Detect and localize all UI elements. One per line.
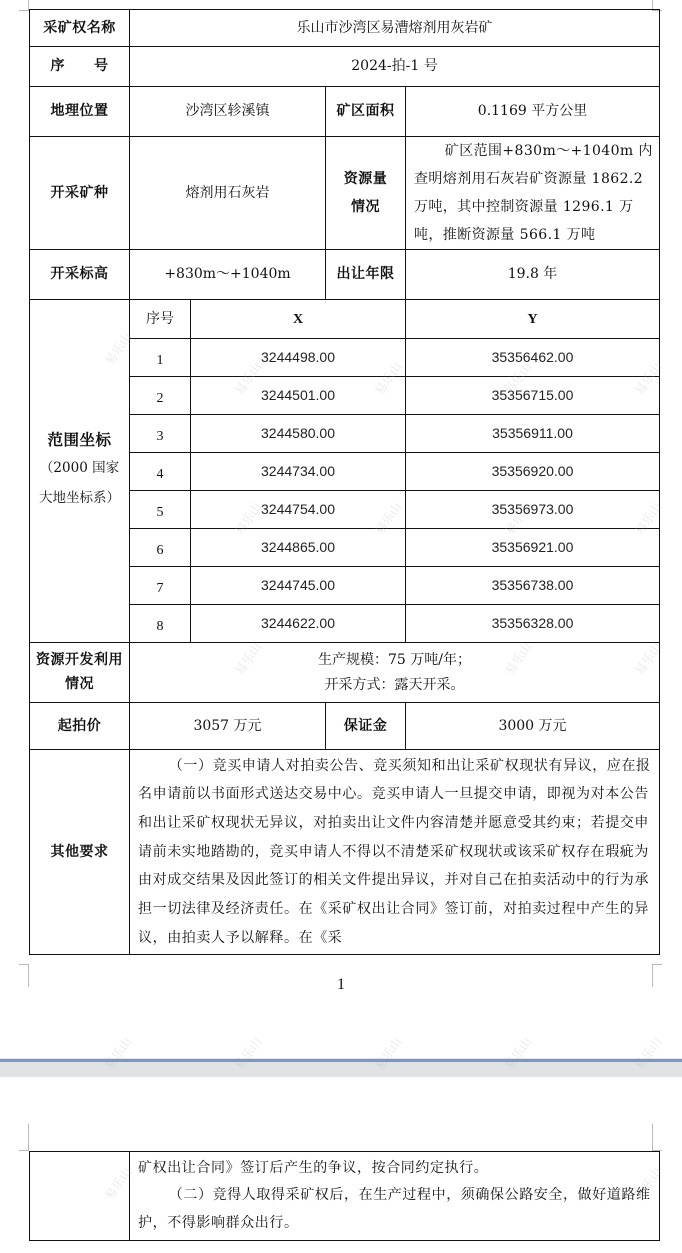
- coords-label: 范围坐标: [34, 429, 125, 452]
- area-value: 0.1169 平方公里: [406, 87, 660, 137]
- coords-header-no: 序号: [130, 300, 191, 339]
- other-requirements-continued: 矿权出让合同》签订后产生的争议，按合同约定执行。 （二）竞得人取得采矿权后，在生…: [130, 1152, 660, 1241]
- mineral-label: 开采矿种: [30, 137, 130, 250]
- resource-label: 资源量情况: [326, 137, 406, 250]
- continued-table: 矿权出让合同》签订后产生的争议，按合同约定执行。 （二）竞得人取得采矿权后，在生…: [29, 1151, 660, 1241]
- serial-label: 序 号: [30, 47, 130, 87]
- dev-value: 生产规模：75 万吨/年； 开采方式：露天开采。: [130, 643, 660, 703]
- page-corner-mark: [19, 0, 29, 11]
- coord-no: 3: [130, 415, 191, 453]
- row-development: 资源开发利用情况 生产规模：75 万吨/年； 开采方式：露天开采。: [30, 643, 660, 703]
- coords-label-cell: 范围坐标 （2000 国家大地坐标系）: [30, 300, 130, 643]
- coords-header-x: X: [191, 300, 406, 339]
- coord-x: 3244745.00: [191, 567, 406, 605]
- deposit-value: 3000 万元: [406, 703, 660, 750]
- deposit-label: 保证金: [326, 703, 406, 750]
- page-corner-mark: [19, 1124, 29, 1151]
- elevation-label: 开采标高: [30, 250, 130, 300]
- term-value: 19.8 年: [406, 250, 660, 300]
- coord-y: 35356911.00: [406, 415, 660, 453]
- row-price: 起拍价 3057 万元 保证金 3000 万元: [30, 703, 660, 750]
- other-requirements-text: （一）竞买申请人对拍卖公告、竞买须知和出让采矿权现状有异议，应在报名申请前以书面…: [130, 750, 660, 955]
- requirement-2: （二）竞得人取得采矿权后，在生产过程中，须确保公路安全，做好道路维护，不得影响群…: [138, 1182, 655, 1237]
- coord-y: 35356921.00: [406, 529, 660, 567]
- coord-y: 35356920.00: [406, 453, 660, 491]
- coord-y: 35356328.00: [406, 605, 660, 643]
- coord-x: 3244498.00: [191, 339, 406, 377]
- empty-label-cell: [30, 1152, 130, 1241]
- page-number: 1: [0, 976, 682, 994]
- auction-info-table: 采矿权名称 乐山市沙湾区易漕熔剂用灰岩矿 序 号 2024-拍-1 号 地理位置…: [29, 9, 660, 955]
- coord-x: 3244580.00: [191, 415, 406, 453]
- coord-y: 35356738.00: [406, 567, 660, 605]
- page-gap: [0, 1062, 682, 1078]
- coord-no: 2: [130, 377, 191, 415]
- area-label: 矿区面积: [326, 87, 406, 137]
- coord-x: 3244734.00: [191, 453, 406, 491]
- coord-no: 4: [130, 453, 191, 491]
- coord-no: 5: [130, 491, 191, 529]
- coord-no: 6: [130, 529, 191, 567]
- location-label: 地理位置: [30, 87, 130, 137]
- coords-header-row: 范围坐标 （2000 国家大地坐标系） 序号 X Y: [30, 300, 660, 339]
- elevation-value: +830m～+1040m: [130, 250, 326, 300]
- price-label: 起拍价: [30, 703, 130, 750]
- row-other-continued: 矿权出让合同》签订后产生的争议，按合同约定执行。 （二）竞得人取得采矿权后，在生…: [30, 1152, 660, 1241]
- name-label: 采矿权名称: [30, 10, 130, 47]
- dev-scale: 生产规模：75 万吨/年；: [130, 648, 659, 673]
- row-location: 地理位置 沙湾区轸溪镇 矿区面积 0.1169 平方公里: [30, 87, 660, 137]
- coord-x: 3244501.00: [191, 377, 406, 415]
- serial-value: 2024-拍-1 号: [130, 47, 660, 87]
- coord-x: 3244754.00: [191, 491, 406, 529]
- resource-value: 矿区范围+830m～+1040m 内查明熔剂用石灰岩矿资源量 1862.2 万吨…: [406, 137, 660, 250]
- document-page-1: 采矿权名称 乐山市沙湾区易漕熔剂用灰岩矿 序 号 2024-拍-1 号 地理位置…: [0, 0, 682, 1060]
- other-label: 其他要求: [30, 750, 130, 955]
- name-value: 乐山市沙湾区易漕熔剂用灰岩矿: [130, 10, 660, 47]
- row-other: 其他要求 （一）竞买申请人对拍卖公告、竞买须知和出让采矿权现状有异议，应在报名申…: [30, 750, 660, 955]
- row-elevation: 开采标高 +830m～+1040m 出让年限 19.8 年: [30, 250, 660, 300]
- coord-y: 35356973.00: [406, 491, 660, 529]
- coord-no: 1: [130, 339, 191, 377]
- continued-line: 矿权出让合同》签订后产生的争议，按合同约定执行。: [138, 1155, 655, 1182]
- dev-method: 开采方式：露天开采。: [130, 673, 659, 698]
- coord-no: 7: [130, 567, 191, 605]
- row-mineral: 开采矿种 熔剂用石灰岩 资源量情况 矿区范围+830m～+1040m 内查明熔剂…: [30, 137, 660, 250]
- coord-x: 3244622.00: [191, 605, 406, 643]
- row-serial: 序 号 2024-拍-1 号: [30, 47, 660, 87]
- price-value: 3057 万元: [130, 703, 326, 750]
- coord-no: 8: [130, 605, 191, 643]
- coord-y: 35356715.00: [406, 377, 660, 415]
- coords-header-y: Y: [406, 300, 660, 339]
- location-value: 沙湾区轸溪镇: [130, 87, 326, 137]
- coords-sublabel: （2000 国家大地坐标系）: [34, 454, 125, 513]
- coord-x: 3244865.00: [191, 529, 406, 567]
- row-name: 采矿权名称 乐山市沙湾区易漕熔剂用灰岩矿: [30, 10, 660, 47]
- document-page-2: 矿权出让合同》签订后产生的争议，按合同约定执行。 （二）竞得人取得采矿权后，在生…: [0, 1077, 682, 1253]
- dev-label: 资源开发利用情况: [30, 643, 130, 703]
- mineral-value: 熔剂用石灰岩: [130, 137, 326, 250]
- coord-y: 35356462.00: [406, 339, 660, 377]
- term-label: 出让年限: [326, 250, 406, 300]
- page-corner-mark: [652, 1124, 662, 1151]
